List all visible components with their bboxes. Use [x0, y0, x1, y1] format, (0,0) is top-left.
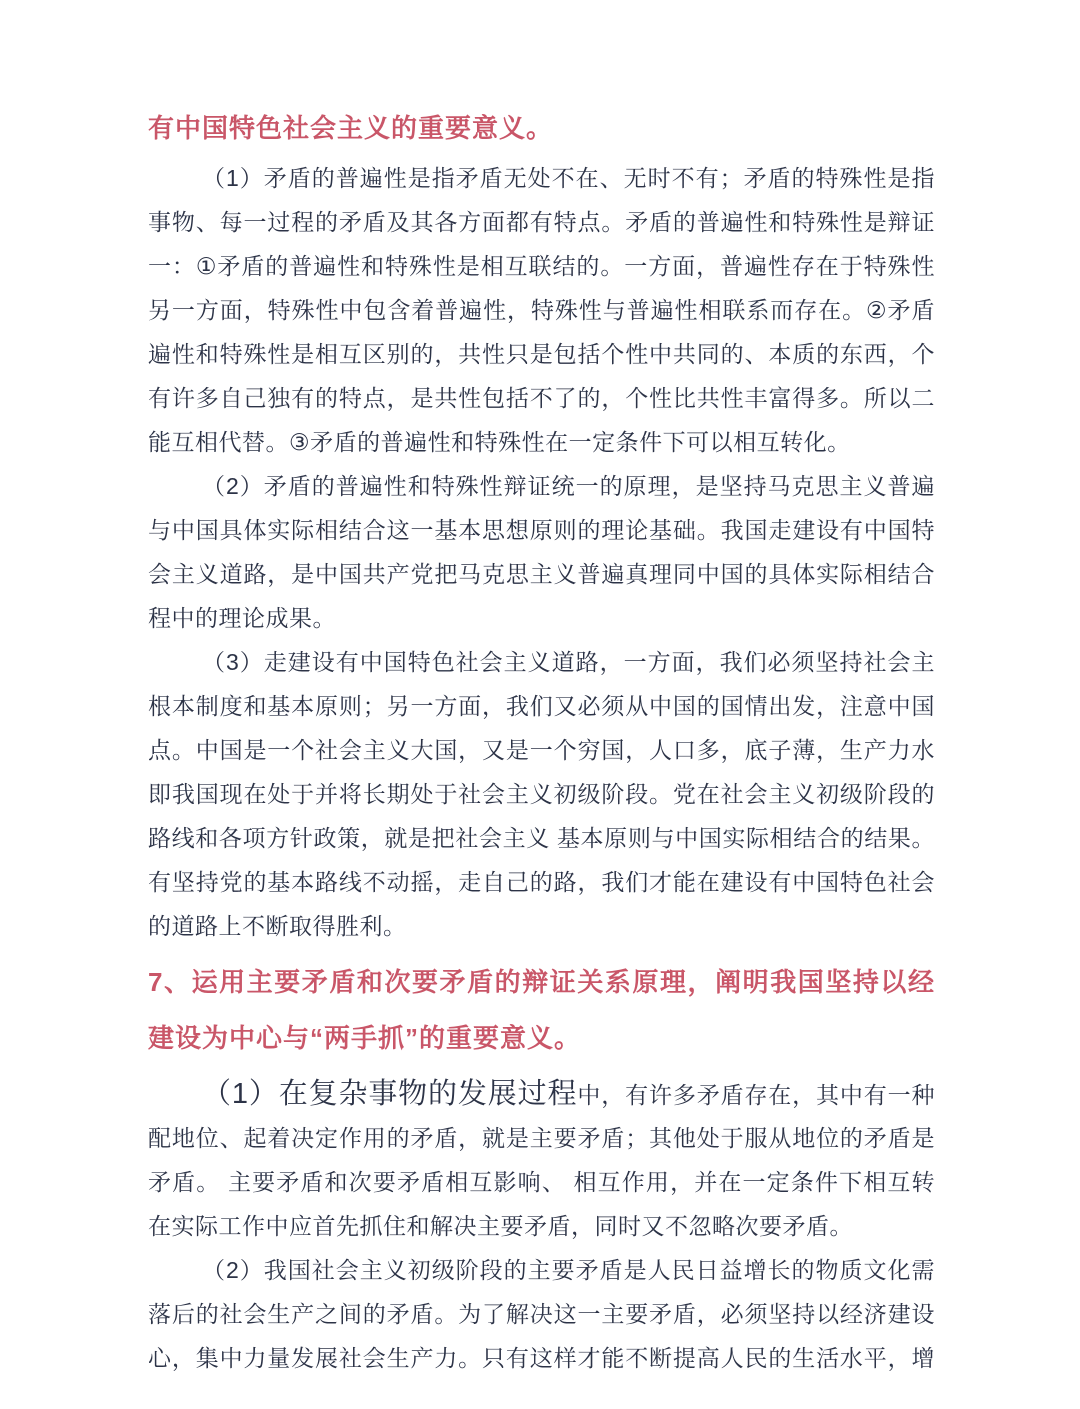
text-segment: 的道路上不断取得胜利。 — [148, 913, 407, 939]
text-line: 另一方面，特殊性中包含着普遍性，特殊性与普遍性相联系而存在。②矛盾的普 — [148, 288, 935, 332]
text-segment: 程中的理论成果。 — [148, 605, 336, 631]
paragraph: （2）我国社会主义初级阶段的主要矛盾是人民日益增长的物质文化需要同落后的社会生产… — [148, 1248, 935, 1380]
text-line: 配地位、起着决定作用的矛盾，就是主要矛盾；其他处于服从地位的矛盾是次要 — [148, 1116, 935, 1160]
text-line: 根本制度和基本原则；另一方面，我们又必须从中国的国情出发，注意中国的特 — [148, 684, 935, 728]
text-segment: 点。中国是一个社会主义大国，又是一个穷国，人口多，底子薄，生产力水平低， — [148, 737, 935, 772]
text-segment: 建设为中心与“两手抓”的重要意义。 — [148, 1023, 581, 1053]
text-segment: 有中国特色社会主义的重要意义。 — [148, 113, 553, 143]
text-segment: 矛盾。 主要矛盾和次要矛盾相互影响、 相互作用，并在一定条件下相互转化。 — [148, 1169, 935, 1204]
text-line: 一：①矛盾的普遍性和特殊性是相互联结的。一方面，普遍性存在于特殊性之中。 — [148, 244, 935, 288]
text-segment: 路线和各项方针政策，就是把社会主义 基本原则与中国实际相结合的结果。只 — [148, 825, 935, 860]
paragraph: （3）走建设有中国特色社会主义道路，一方面，我们必须坚持社会主义的根本制度和基本… — [148, 640, 935, 948]
text-segment: 在实际工作中应首先抓住和解决主要矛盾，同时又不忽略次要矛盾。 — [148, 1213, 853, 1239]
text-line: （1）在复杂事物的发展过程中，有许多矛盾存在，其中有一种居于支 — [148, 1072, 935, 1116]
text-segment: （2）矛盾的普遍性和特殊性辩证统一的原理，是坚持马克思主义普遍真理 — [148, 473, 935, 508]
text-line: 落后的社会生产之间的矛盾。为了解决这一主要矛盾，必须坚持以经济建设为中 — [148, 1292, 935, 1336]
paragraph: （1）矛盾的普遍性是指矛盾无处不在、无时不有；矛盾的特殊性是指每一事物、每一过程… — [148, 156, 935, 464]
text-segment: （3）走建设有中国特色社会主义道路，一方面，我们必须坚持社会主义的 — [148, 649, 935, 684]
text-segment: 事物、每一过程的矛盾及其各方面都有特点。矛盾的普遍性和特殊性是辩证的统 — [148, 209, 935, 244]
text-segment: 心，集中力量发展社会生产力。只有这样才能不断提高人民的生活水平，增强综 — [148, 1345, 935, 1380]
paragraph: （1）在复杂事物的发展过程中，有许多矛盾存在，其中有一种居于支配地位、起着决定作… — [148, 1072, 935, 1248]
text-segment: 一：①矛盾的普遍性和特殊性是相互联结的。一方面，普遍性存在于特殊性之中。 — [148, 253, 935, 288]
text-line: 事物、每一过程的矛盾及其各方面都有特点。矛盾的普遍性和特殊性是辩证的统 — [148, 200, 935, 244]
text-line: 会主义道路，是中国共产党把马克思主义普遍真理同中国的具体实际相结合的过 — [148, 552, 935, 596]
text-segment: 根本制度和基本原则；另一方面，我们又必须从中国的国情出发，注意中国的特 — [148, 693, 935, 728]
text-line: 有坚持党的基本路线不动摇，走自己的路，我们才能在建设有中国特色社会主义 — [148, 860, 935, 904]
text-segment: 7、运用主要矛盾和次要矛盾的辩证关系原理，阐明我国坚持以经济 — [148, 967, 935, 1010]
heading-line: 7、运用主要矛盾和次要矛盾的辩证关系原理，阐明我国坚持以经济 — [148, 954, 935, 1010]
text-line: 程中的理论成果。 — [148, 596, 935, 640]
paragraph: （2）矛盾的普遍性和特殊性辩证统一的原理，是坚持马克思主义普遍真理与中国具体实际… — [148, 464, 935, 640]
text-segment: 有许多自己独有的特点，是共性包括不了的，个性比共性丰富得多。所以二者不 — [148, 385, 935, 420]
text-line: 能互相代替。③矛盾的普遍性和特殊性在一定条件下可以相互转化。 — [148, 420, 935, 464]
text-segment: 能互相代替。③矛盾的普遍性和特殊性在一定条件下可以相互转化。 — [148, 429, 851, 455]
text-line: 在实际工作中应首先抓住和解决主要矛盾，同时又不忽略次要矛盾。 — [148, 1204, 935, 1248]
text-line: 心，集中力量发展社会生产力。只有这样才能不断提高人民的生活水平，增强综 — [148, 1336, 935, 1380]
text-line: 遍性和特殊性是相互区别的，共性只是包括个性中共同的、本质的东西，个性总 — [148, 332, 935, 376]
text-segment: 会主义道路，是中国共产党把马克思主义普遍真理同中国的具体实际相结合的过 — [148, 561, 935, 596]
text-line: 与中国具体实际相结合这一基本思想原则的理论基础。我国走建设有中国特色社 — [148, 508, 935, 552]
text-line: （2）我国社会主义初级阶段的主要矛盾是人民日益增长的物质文化需要同 — [148, 1248, 935, 1292]
text-segment: 即我国现在处于并将长期处于社会主义初级阶段。党在社会主义初级阶段的基本 — [148, 781, 935, 816]
text-segment: 有坚持党的基本路线不动摇，走自己的路，我们才能在建设有中国特色社会主义 — [148, 869, 935, 904]
text-line: 点。中国是一个社会主义大国，又是一个穷国，人口多，底子薄，生产力水平低， — [148, 728, 935, 772]
text-segment: 配地位、起着决定作用的矛盾，就是主要矛盾；其他处于服从地位的矛盾是次要 — [148, 1125, 935, 1160]
section-heading-continued: 有中国特色社会主义的重要意义。 — [148, 100, 935, 156]
text-segment: 落后的社会生产之间的矛盾。为了解决这一主要矛盾，必须坚持以经济建设为中 — [148, 1301, 935, 1336]
text-segment: 遍性和特殊性是相互区别的，共性只是包括个性中共同的、本质的东西，个性总 — [148, 341, 935, 376]
text-line: 路线和各项方针政策，就是把社会主义 基本原则与中国实际相结合的结果。只 — [148, 816, 935, 860]
text-segment: 另一方面，特殊性中包含着普遍性，特殊性与普遍性相联系而存在。②矛盾的普 — [148, 297, 935, 332]
text-line: 的道路上不断取得胜利。 — [148, 904, 935, 948]
heading-line: 建设为中心与“两手抓”的重要意义。 — [148, 1010, 935, 1066]
text-line: （3）走建设有中国特色社会主义道路，一方面，我们必须坚持社会主义的 — [148, 640, 935, 684]
text-line: （2）矛盾的普遍性和特殊性辩证统一的原理，是坚持马克思主义普遍真理 — [148, 464, 935, 508]
text-segment: （1）矛盾的普遍性是指矛盾无处不在、无时不有；矛盾的特殊性是指每一 — [148, 165, 935, 200]
text-line: 有许多自己独有的特点，是共性包括不了的，个性比共性丰富得多。所以二者不 — [148, 376, 935, 420]
text-segment: （2）我国社会主义初级阶段的主要矛盾是人民日益增长的物质文化需要同 — [148, 1257, 935, 1292]
text-line: （1）矛盾的普遍性是指矛盾无处不在、无时不有；矛盾的特殊性是指每一 — [148, 156, 935, 200]
text-line: 即我国现在处于并将长期处于社会主义初级阶段。党在社会主义初级阶段的基本 — [148, 772, 935, 816]
document-body: 有中国特色社会主义的重要意义。（1）矛盾的普遍性是指矛盾无处不在、无时不有；矛盾… — [148, 100, 935, 1380]
heading-line: 有中国特色社会主义的重要意义。 — [148, 100, 935, 156]
section-heading-7: 7、运用主要矛盾和次要矛盾的辩证关系原理，阐明我国坚持以经济建设为中心与“两手抓… — [148, 954, 935, 1066]
document-page: 有中国特色社会主义的重要意义。（1）矛盾的普遍性是指矛盾无处不在、无时不有；矛盾… — [0, 0, 1080, 1409]
text-segment: 与中国具体实际相结合这一基本思想原则的理论基础。我国走建设有中国特色社 — [148, 517, 935, 552]
text-line: 矛盾。 主要矛盾和次要矛盾相互影响、 相互作用，并在一定条件下相互转化。 — [148, 1160, 935, 1204]
emphasized-text: （1）在复杂事物的发展过程 — [202, 1078, 577, 1110]
